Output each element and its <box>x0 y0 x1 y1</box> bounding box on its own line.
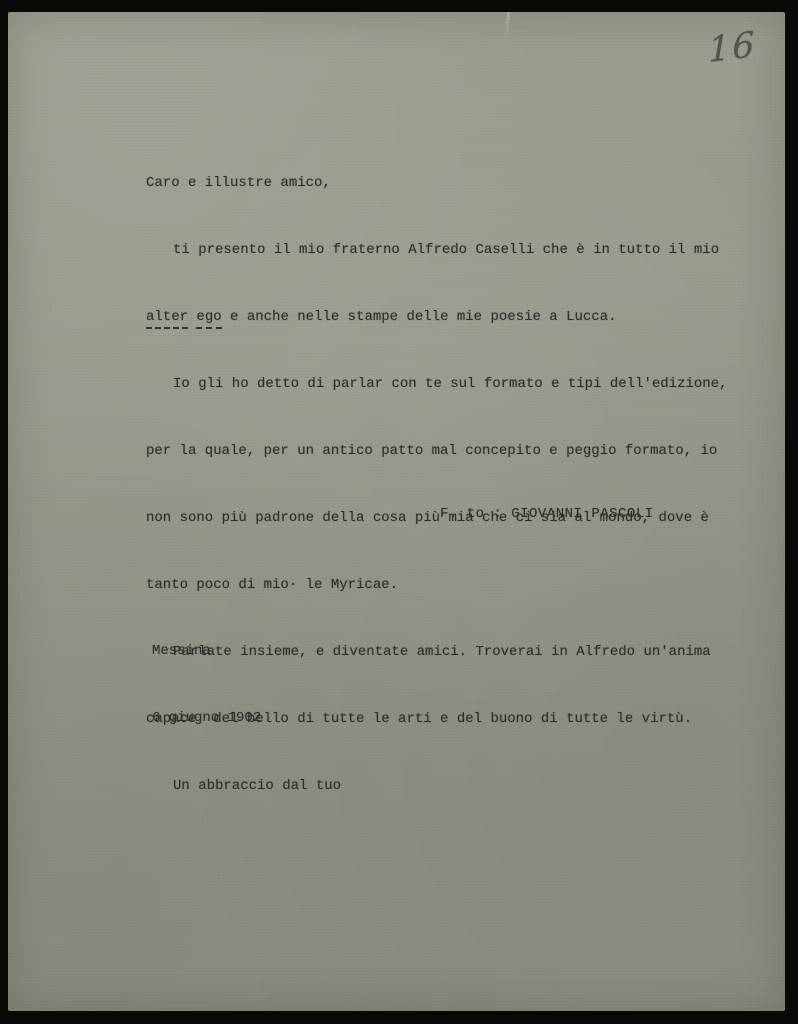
date-line: 6 giugno 1902 <box>152 701 261 736</box>
letter-line: ti presento il mio fraterno Alfredo Case… <box>146 233 746 268</box>
scanned-letter-page: 16 Caro e illustre amico, ti presento il… <box>0 0 798 1024</box>
handwritten-page-number: 16 <box>708 25 757 71</box>
letter-line-alter-ego: alter ego e anche nelle stampe delle mie… <box>146 300 746 335</box>
letter-line: tanto poco di mio· le Myricae. <box>146 568 746 603</box>
signature-line: F. to : GIOVANNI PASCOLI <box>440 504 654 524</box>
letter-line: Io gli ho detto di parlar con te sul for… <box>146 367 746 402</box>
place-line: Messina <box>152 634 261 669</box>
letter-line: per la quale, per un antico patto mal co… <box>146 434 746 469</box>
underlined-word-alter: alter <box>146 309 188 329</box>
underlined-word-ego: ego <box>196 309 221 329</box>
letter-line-rest: e anche nelle stampe delle mie poesie a … <box>222 309 617 325</box>
letter-paper: 16 Caro e illustre amico, ti presento il… <box>8 12 785 1011</box>
paper-crease <box>505 12 510 38</box>
place-date-block: Messina 6 giugno 1902 <box>152 602 261 768</box>
letter-line-closing: Un abbraccio dal tuo <box>146 769 746 804</box>
letter-line-salutation: Caro e illustre amico, <box>146 166 746 201</box>
